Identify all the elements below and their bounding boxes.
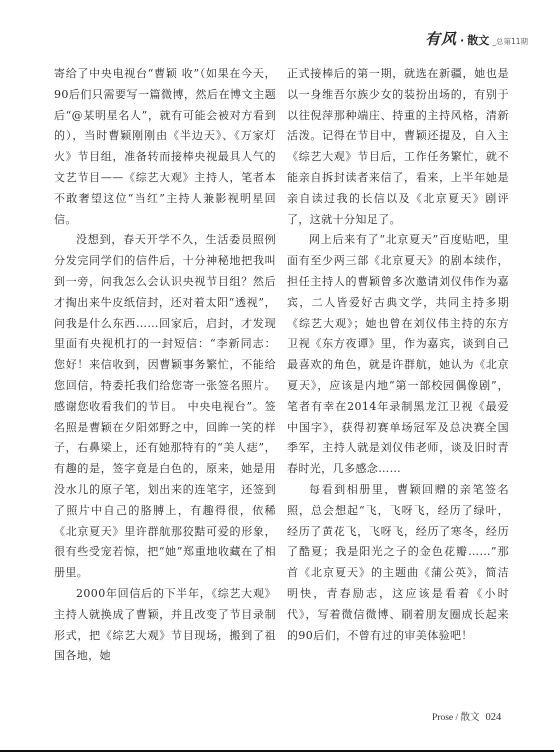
article-column-right: 正式接棒后的第一期，就选在新疆，她也是以一身维吾尔族少女的装扮出场的，有别于以往… bbox=[287, 64, 509, 646]
page-number: 024 bbox=[486, 712, 502, 723]
article-column-left: 寄给了中央电视台“曹颖 收”（如果在今天，90后们只需要写一篇微博，然后在博文主… bbox=[54, 64, 276, 667]
paragraph: 寄给了中央电视台“曹颖 收”（如果在今天，90后们只需要写一篇微博，然后在博文主… bbox=[54, 64, 276, 230]
paragraph: 没想到，春天开学不久，生活委员照例分发完同学们的信件后，十分神秘地把我叫到一旁，… bbox=[54, 230, 276, 584]
page-header: 有风 · 散文 _总第11期 bbox=[425, 28, 528, 49]
paragraph: 正式接棒后的第一期，就选在新疆，她也是以一身维吾尔族少女的装扮出场的，有别于以往… bbox=[287, 64, 509, 230]
page-footer: Prose / 散文024 bbox=[432, 709, 501, 723]
paragraph: 每看到相册里，曹颖回赠的亲笔签名照，总会想起“飞，飞呀飞，经历了绿叶，经历了黄花… bbox=[287, 480, 509, 646]
footer-label: Prose / 散文 bbox=[432, 713, 480, 723]
magazine-brand: 有风 bbox=[425, 28, 457, 49]
section-name: 散文 bbox=[467, 32, 489, 48]
paragraph: 网上后来有了“北京夏天”百度贴吧，里面有至少两三部《北京夏天》的剧本续作，担任主… bbox=[287, 230, 509, 480]
header-separator: · bbox=[460, 34, 464, 47]
issue-number: _总第11期 bbox=[492, 36, 528, 47]
paragraph: 2000年回信后的下半年，《综艺大观》主持人就换成了曹颖，并且改变了节目录制形式… bbox=[54, 584, 276, 667]
